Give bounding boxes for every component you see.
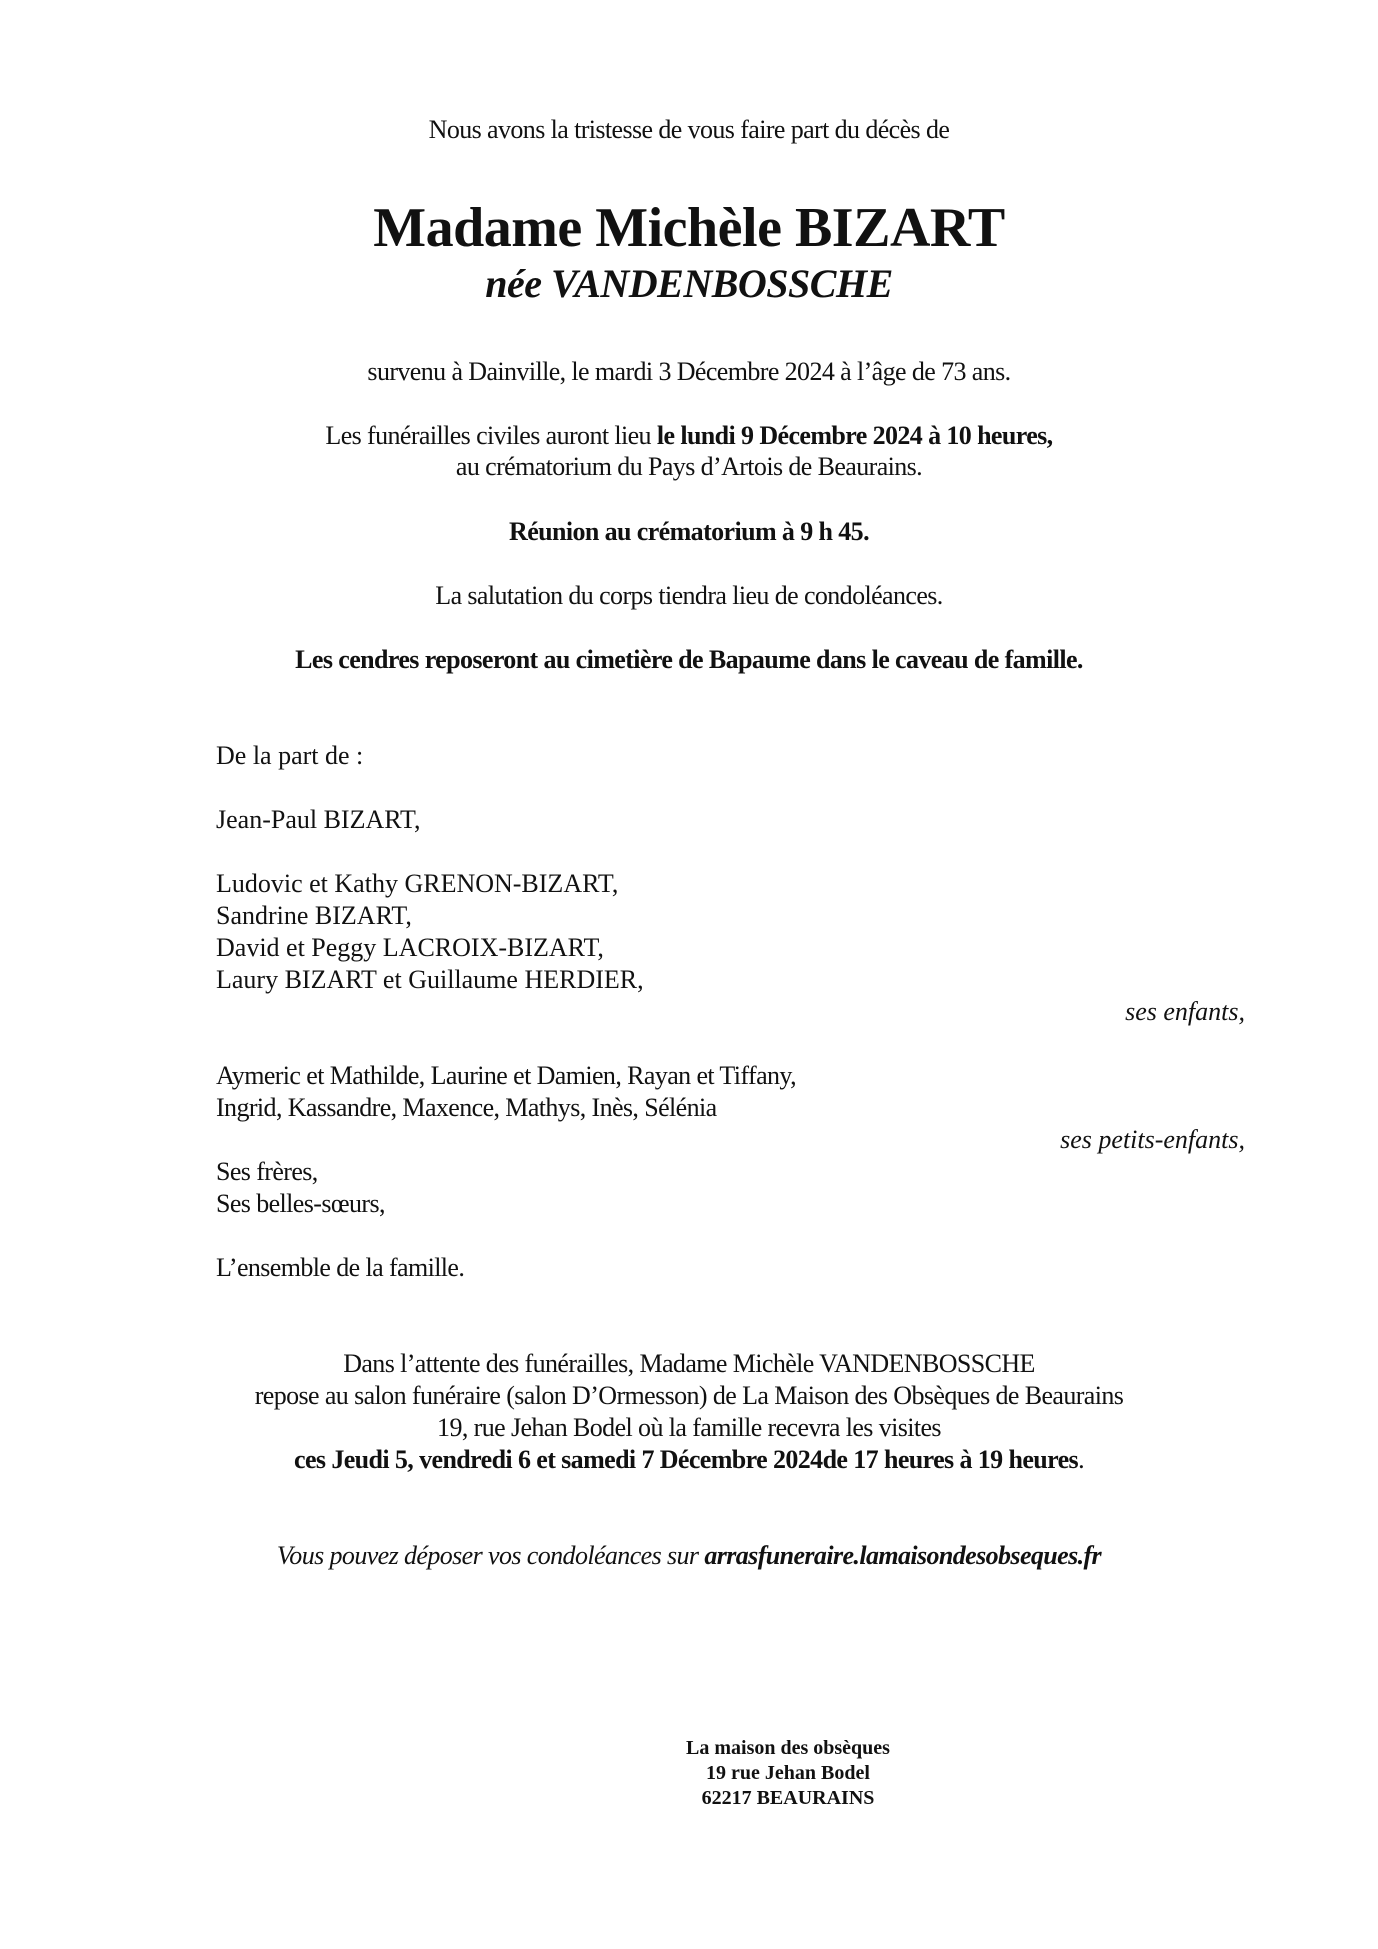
grandchildren-label: ses petits-enfants, [1060, 1124, 1245, 1156]
children-label: ses enfants, [1125, 996, 1245, 1028]
footer-company: La maison des obsèques [608, 1736, 968, 1761]
funeral-info: Les funérailles civiles auront lieu le l… [0, 420, 1378, 452]
visitation-line-2: repose au salon funéraire (salon D’Ormes… [0, 1380, 1378, 1412]
funeral-place: au crématorium du Pays d’Artois de Beaur… [0, 451, 1378, 483]
funeral-prefix: Les funérailles civiles auront lieu [325, 421, 656, 450]
grandchildren-line-2: Ingrid, Kassandre, Maxence, Mathys, Inès… [216, 1092, 717, 1124]
condolences-info: Vous pouvez déposer vos condoléances sur… [0, 1540, 1378, 1572]
condolences-prefix: Vous pouvez déposer vos condoléances sur [277, 1541, 704, 1570]
visitation-dates-end: . [1078, 1445, 1084, 1474]
intro-text: Nous avons la tristesse de vous faire pa… [0, 114, 1378, 146]
ashes-info: Les cendres reposeront au cimetière de B… [0, 644, 1378, 676]
child-1: Ludovic et Kathy GRENON-BIZART, [216, 868, 618, 900]
salutation-info: La salutation du corps tiendra lieu de c… [0, 580, 1378, 612]
extended-family: L’ensemble de la famille. [216, 1252, 464, 1284]
from-label: De la part de : [216, 740, 363, 772]
child-3: David et Peggy LACROIX-BIZART, [216, 932, 604, 964]
visitation-dates: ces Jeudi 5, vendredi 6 et samedi 7 Déce… [0, 1444, 1378, 1476]
maiden-name: née VANDENBOSSCHE [0, 260, 1378, 308]
deceased-name: Madame Michèle BIZART [0, 196, 1378, 260]
grandchildren-line-1: Aymeric et Mathilde, Laurine et Damien, … [216, 1060, 796, 1092]
meeting-info: Réunion au crématorium à 9 h 45. [0, 516, 1378, 548]
visitation-line-1: Dans l’attente des funérailles, Madame M… [0, 1348, 1378, 1380]
death-info: survenu à Dainville, le mardi 3 Décembre… [0, 356, 1378, 388]
footer-city: 62217 BEAURAINS [608, 1786, 968, 1811]
footer-street: 19 rue Jehan Bodel [608, 1761, 968, 1786]
siblings-line-2: Ses belles-sœurs, [216, 1188, 385, 1220]
spouse-name: Jean-Paul BIZART, [216, 804, 420, 836]
funeral-date: le lundi 9 Décembre 2024 à 10 heures, [657, 421, 1053, 450]
visitation-dates-text: ces Jeudi 5, vendredi 6 et samedi 7 Déce… [294, 1445, 1078, 1474]
child-2: Sandrine BIZART, [216, 900, 412, 932]
siblings-line-1: Ses frères, [216, 1156, 318, 1188]
condolences-website[interactable]: arrasfuneraire.lamaisondesobseques.fr [704, 1541, 1101, 1570]
visitation-line-3: 19, rue Jehan Bodel où la famille recevr… [0, 1412, 1378, 1444]
child-4: Laury BIZART et Guillaume HERDIER, [216, 964, 644, 996]
